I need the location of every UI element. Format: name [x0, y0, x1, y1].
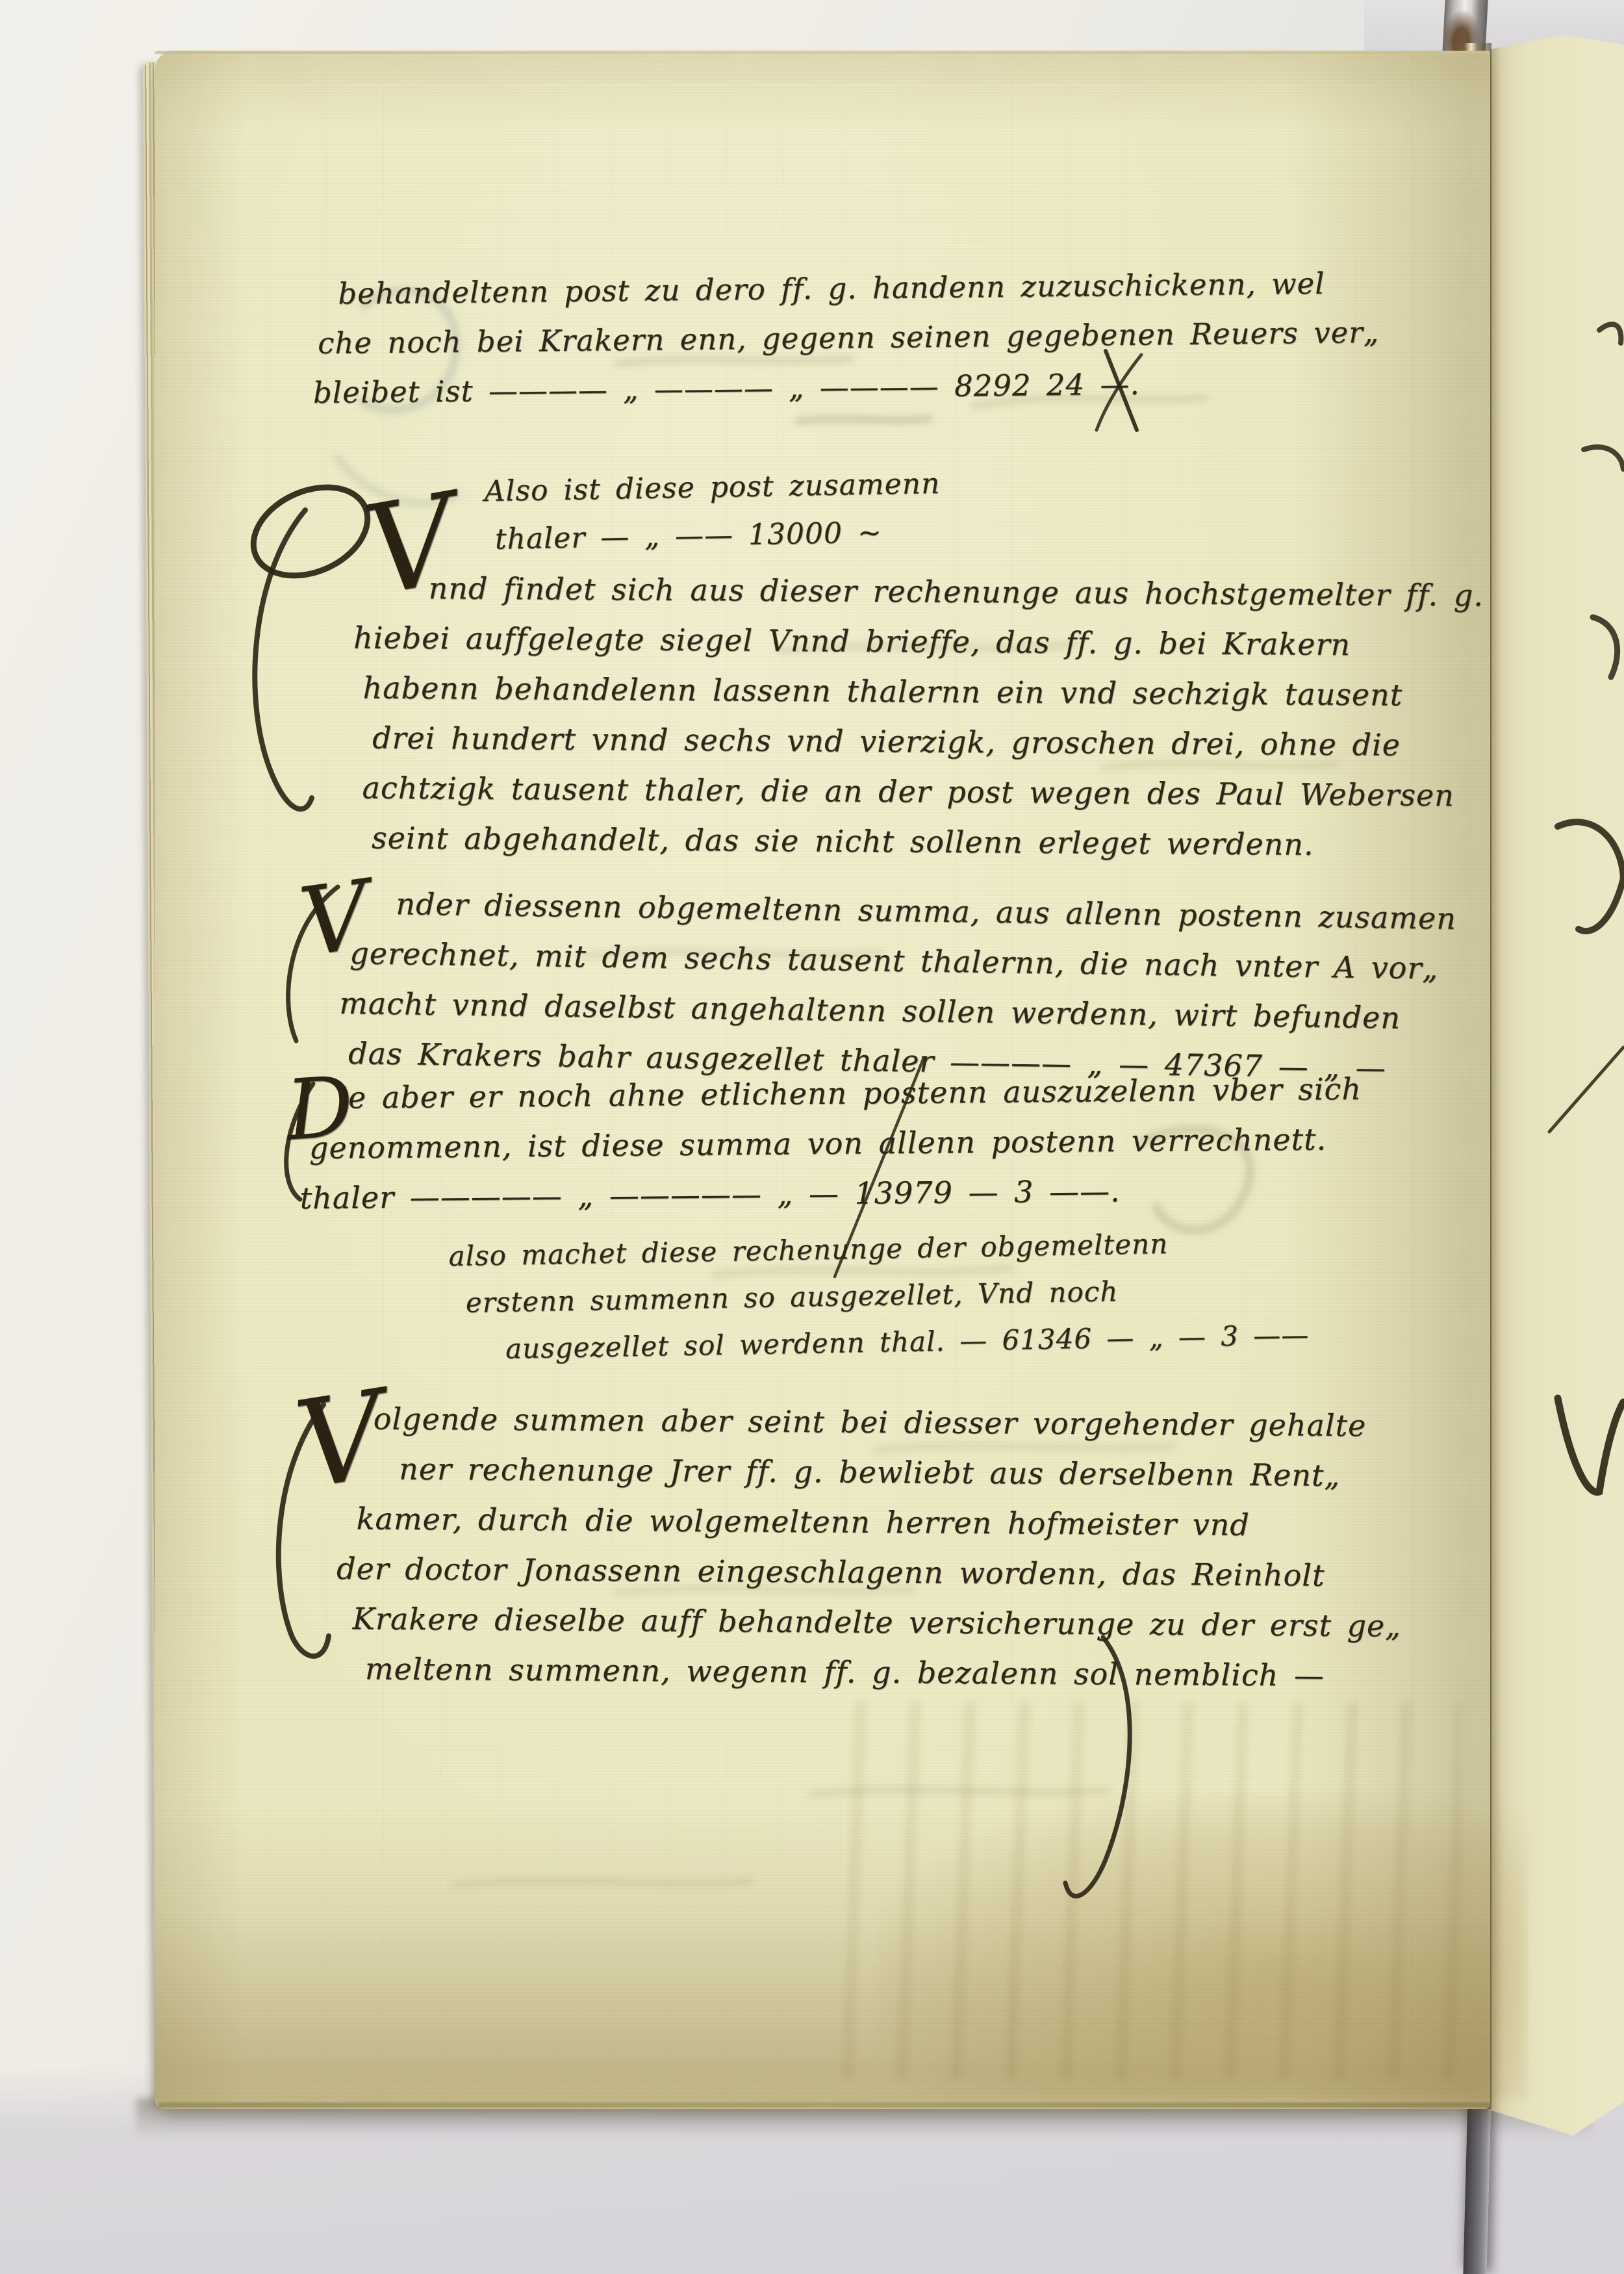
manuscript-scan: behandeltenn post zu dero ff. g. handenn… [0, 0, 1624, 2274]
ink-flourish-layer [0, 0, 1624, 2274]
